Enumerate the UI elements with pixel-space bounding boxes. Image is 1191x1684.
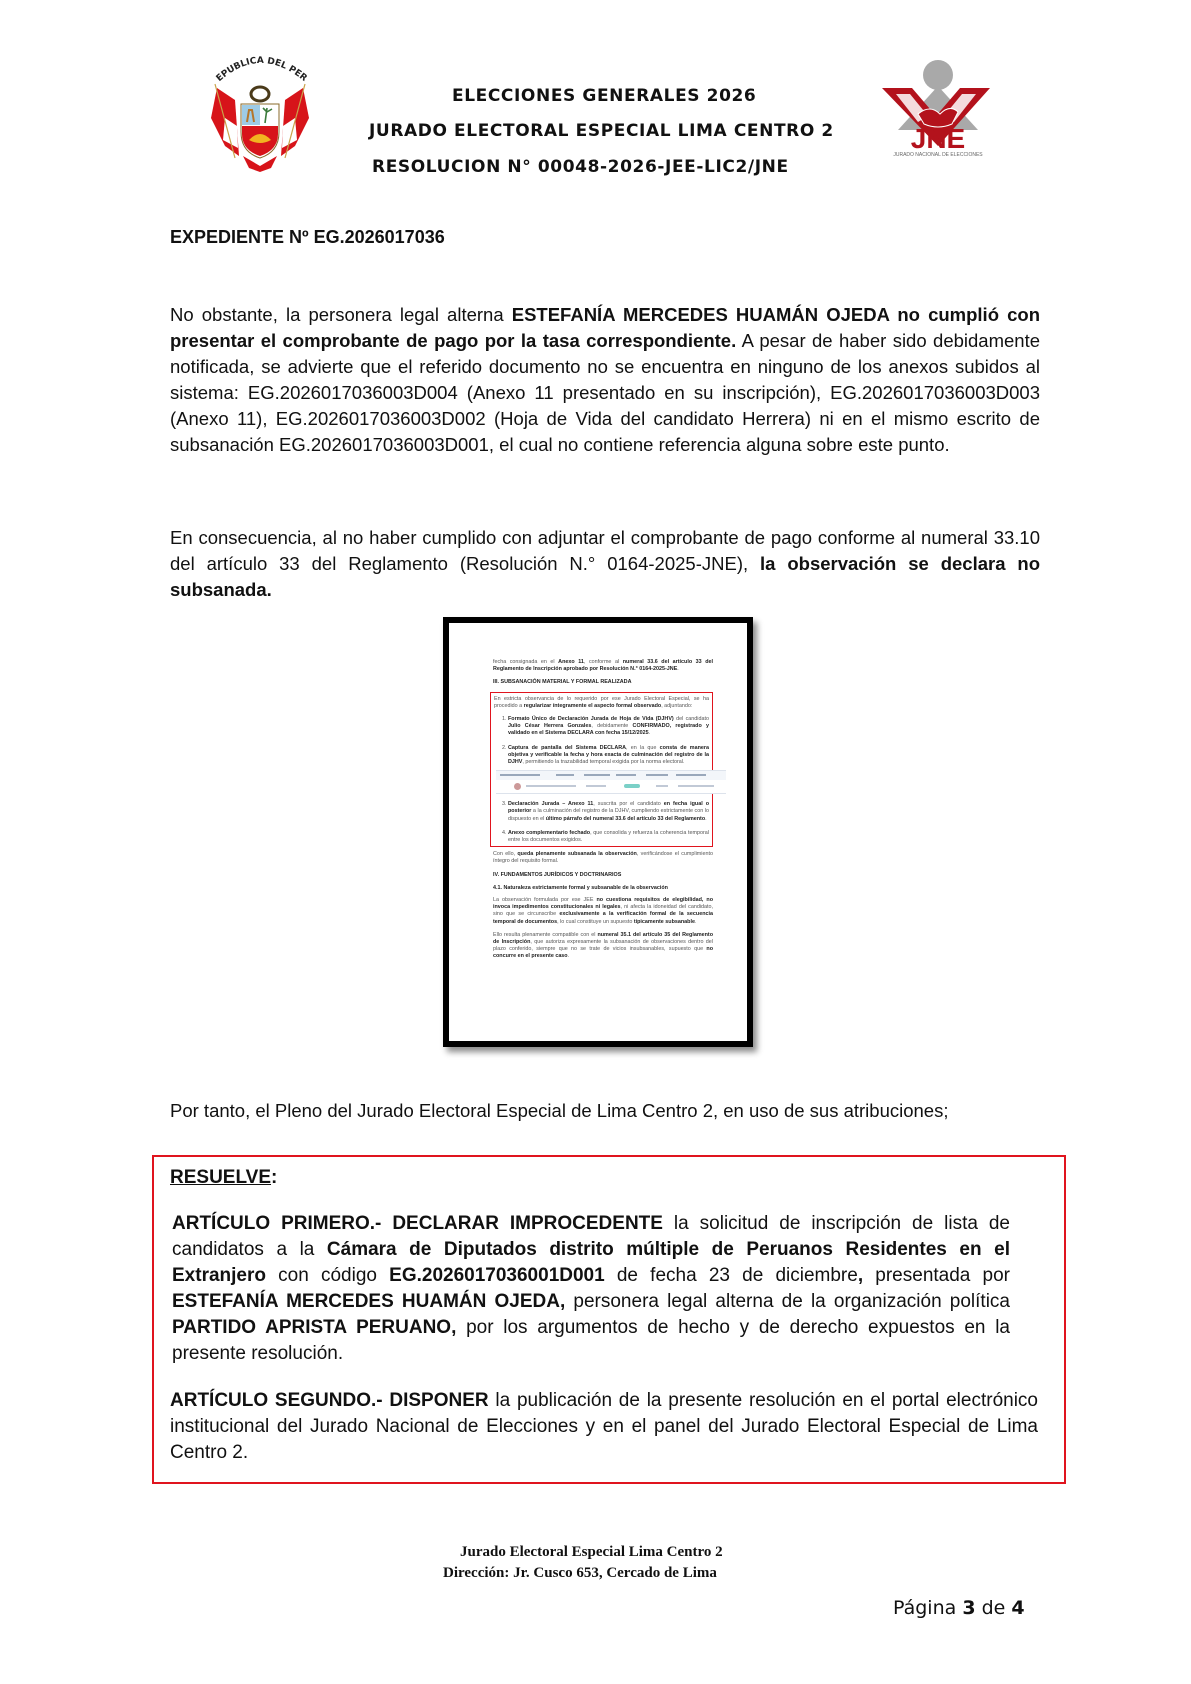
article-segundo: ARTÍCULO SEGUNDO.- DISPONER la publicaci… [170, 1388, 1038, 1466]
jne-logo: JNE JURADO NACIONAL DE ELECCIONES [868, 58, 1003, 158]
paragraph-attributions: Por tanto, el Pleno del Jurado Electoral… [170, 1098, 1040, 1124]
embedded-paragraph-4-1: La observación formulada por ese JEE no … [493, 897, 713, 926]
footer-institution: Jurado Electoral Especial Lima Centro 2 [460, 1544, 723, 1561]
list-item: Formato Único de Declaración Jurada de H… [508, 716, 709, 738]
header-resolution-number: RESOLUCION N° 00048-2026-JEE-LIC2/JNE [372, 157, 789, 177]
embedded-attachment-list: Formato Único de Declaración Jurada de H… [494, 716, 709, 844]
article-primero: ARTÍCULO PRIMERO.- DECLARAR IMPROCEDENTE… [172, 1211, 1010, 1367]
svg-text:REPUBLICA DEL PERU: REPUBLICA DEL PERU [205, 48, 309, 84]
embedded-section-4-1-title: 4.1. Naturaleza estrictamente formal y s… [493, 885, 713, 892]
embedded-section-4-title: IV. FUNDAMENTOS JURÍDICOS Y DOCTRINARIOS [493, 872, 713, 879]
embedded-document-screenshot: fecha consignada en el Anexo 11, conform… [443, 617, 753, 1047]
embedded-conclusion: Con ello, queda plenamente subsanada la … [493, 851, 713, 865]
embedded-intro: fecha consignada en el Anexo 11, conform… [493, 659, 713, 673]
embedded-highlight-box: En estricta observancia de lo requerido … [490, 692, 713, 848]
resuelve-heading: RESUELVE: [170, 1167, 277, 1189]
paragraph-payment-observation: No obstante, la personera legal alterna … [170, 302, 1040, 458]
header-jurado-title: JURADO ELECTORAL ESPECIAL LIMA CENTRO 2 [369, 121, 834, 141]
svg-text:JURADO NACIONAL DE ELECCIONES: JURADO NACIONAL DE ELECCIONES [893, 152, 983, 158]
embedded-document-content: fecha consignada en el Anexo 11, conform… [493, 659, 713, 967]
footer-address: Dirección: Jr. Cusco 653, Cercado de Lim… [443, 1565, 717, 1582]
expediente-number: EXPEDIENTE Nº EG.2026017036 [170, 227, 445, 248]
list-item: Anexo complementario fechado, que consol… [508, 830, 709, 844]
embedded-section-3-title: III. SUBSANACIÓN MATERIAL Y FORMAL REALI… [493, 679, 713, 686]
list-item: Declaración Jurada – Anexo 11, suscrita … [508, 801, 709, 823]
svg-text:JNE: JNE [911, 123, 965, 154]
paragraph-consequence: En consecuencia, al no haber cumplido co… [170, 525, 1040, 603]
header-election-title: ELECCIONES GENERALES 2026 [452, 86, 756, 106]
page-number: Página 3 de 4 [893, 1597, 1025, 1619]
declara-system-capture [496, 770, 726, 794]
list-item: Captura de pantalla del Sistema DECLARA,… [508, 745, 709, 795]
peru-coat-of-arms-logo: REPUBLICA DEL PERU [205, 48, 315, 173]
embedded-paragraph-4-2: Ello resulta plenamente compatible con e… [493, 932, 713, 961]
